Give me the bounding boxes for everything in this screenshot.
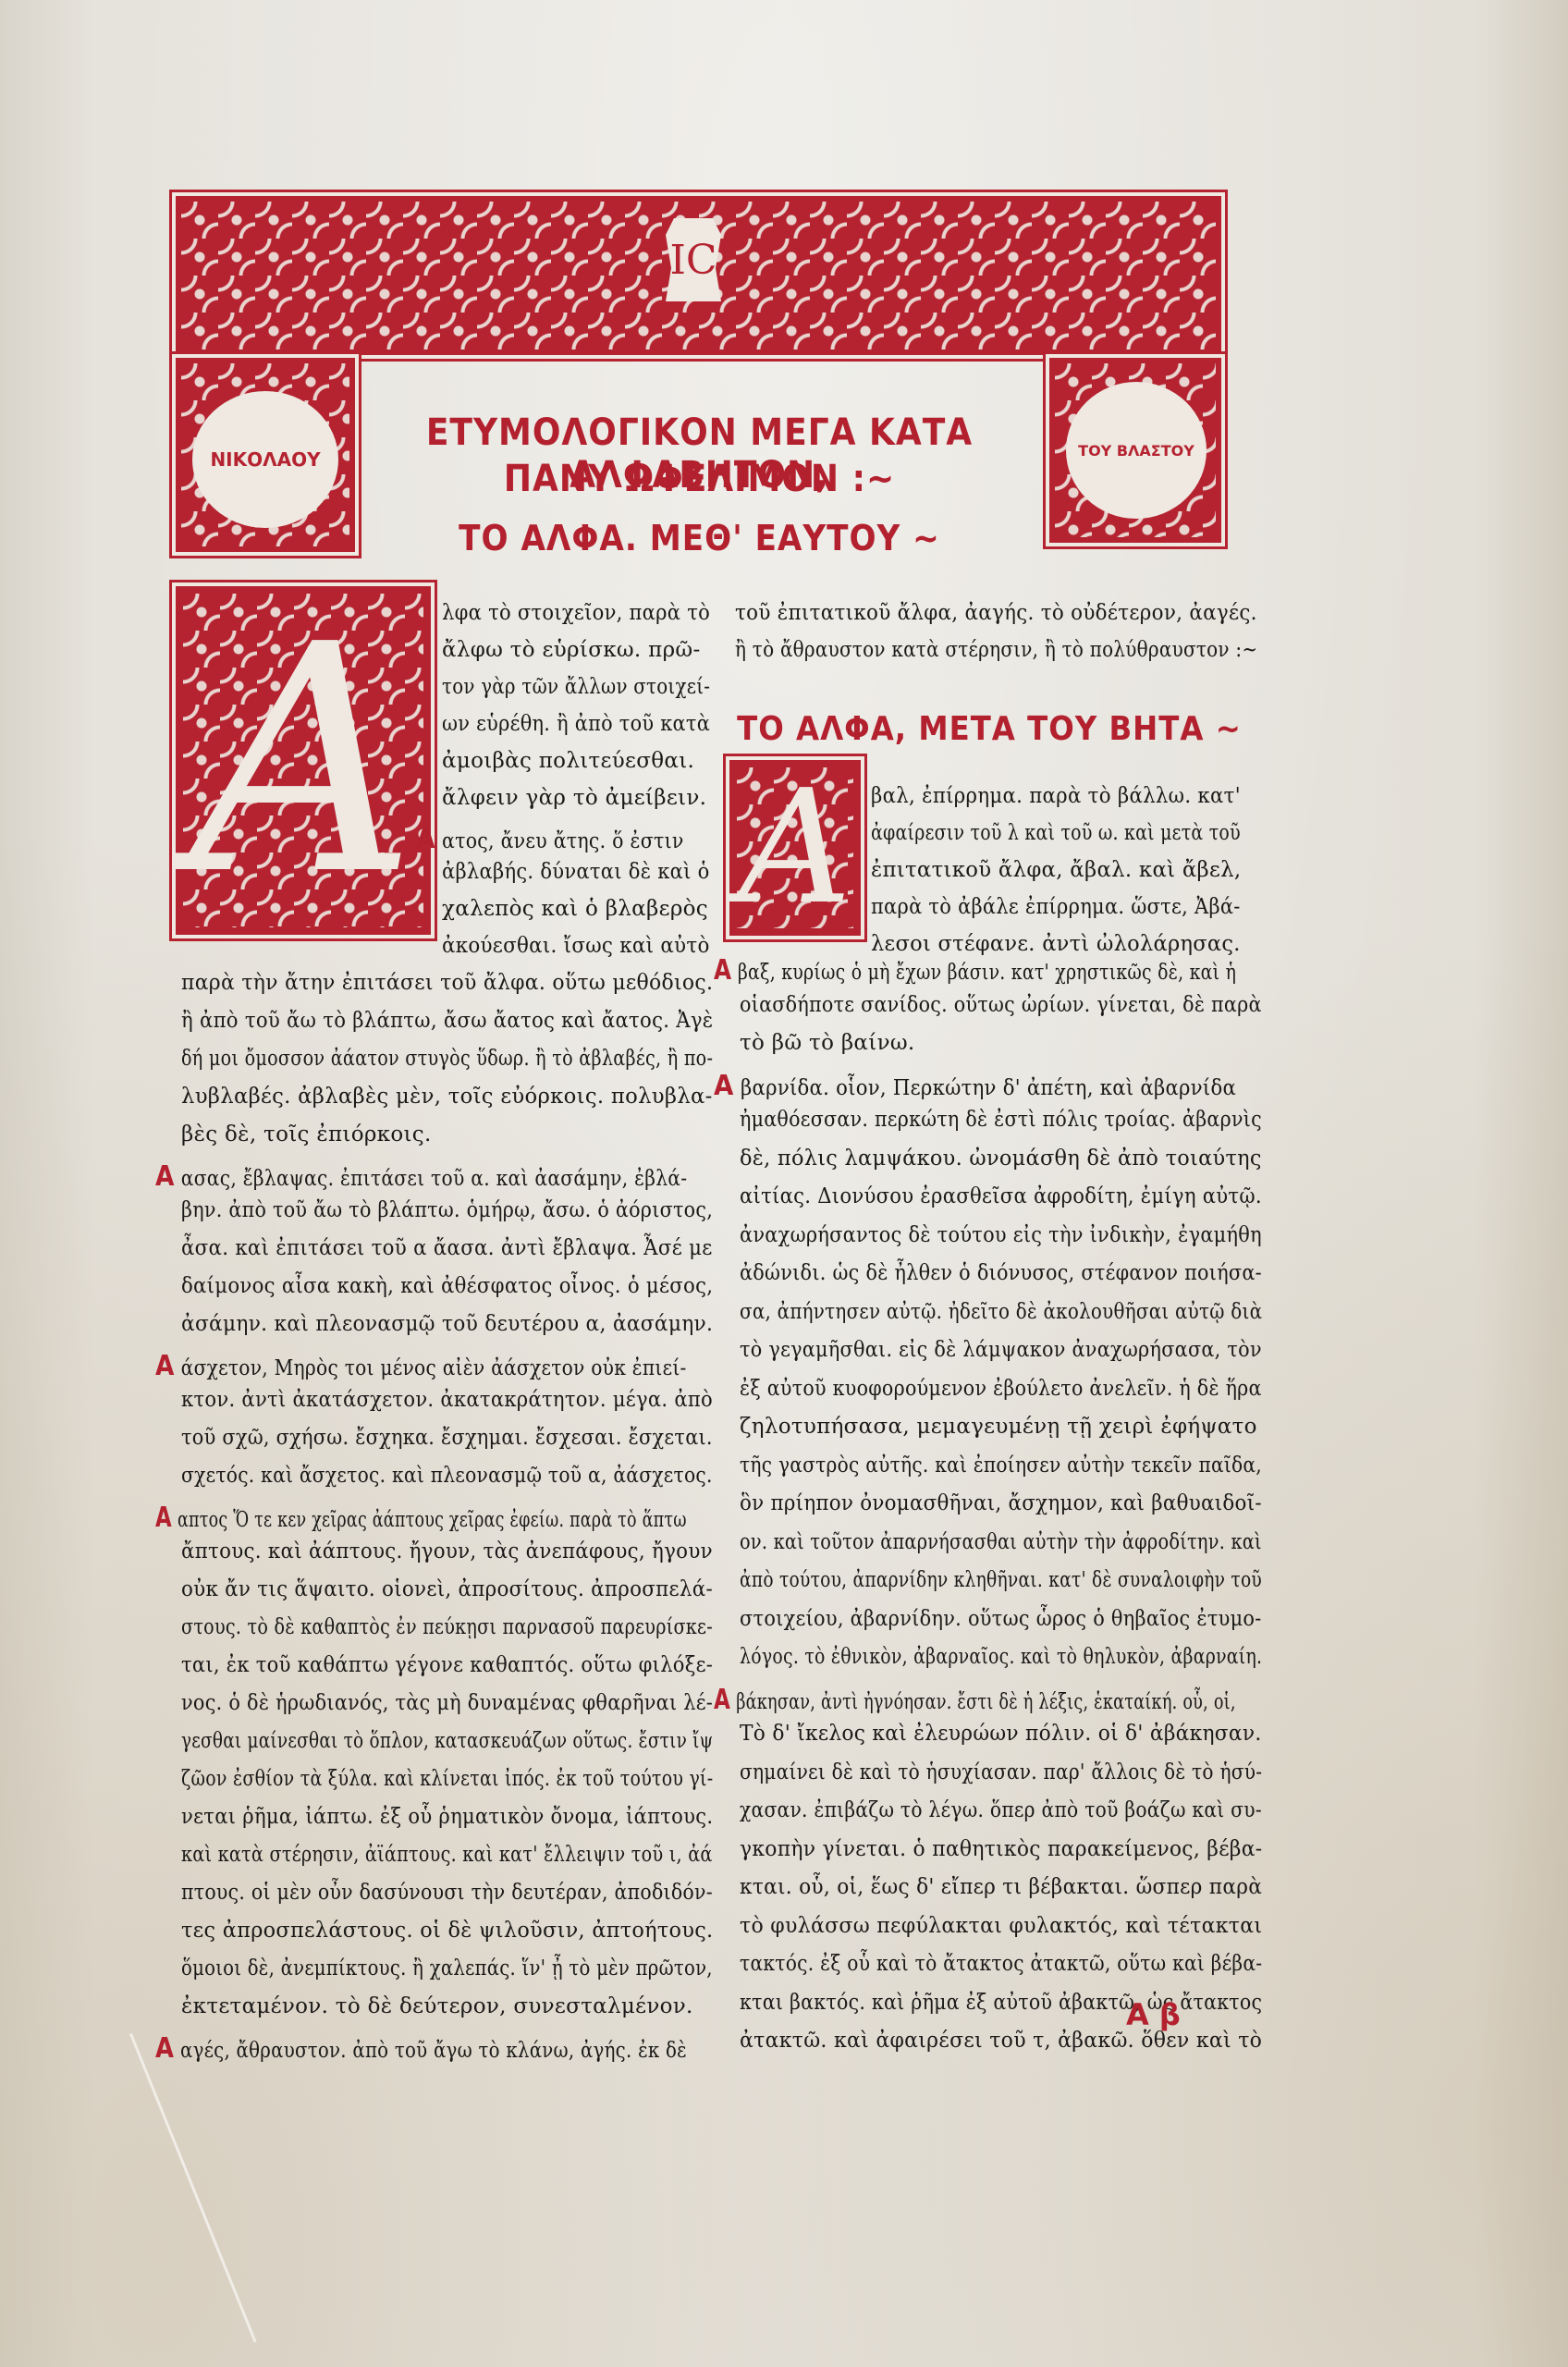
left-column-line: κτον. ἀντὶ ἀκατάσχετον. ἀκατακράτητον. μ… <box>181 1388 713 1412</box>
line-text: λυβλαβές. ἀβλαβὲς μὲν, τοῖς εὐόρκοις. πο… <box>181 1085 713 1109</box>
line-text: βαλ, ἐπίρρημα. παρὰ τὸ βάλλω. κατ' <box>871 784 1241 808</box>
line-text: ατος, ἄνευ ἄτης. ὅ ἐστιν <box>442 829 684 853</box>
line-text: Τὸ δ' ἴκελος καὶ ἐλευρώων πόλιν. οἱ δ' ἀ… <box>740 1722 1262 1746</box>
line-text: βαρνίδα. οἷον, Περκώτην δ' ἀπέτη, καὶ ἀβ… <box>741 1076 1236 1100</box>
right-column-line: ἠμαθόεσσαν. περκώτη δὲ ἐστὶ πόλις τροίας… <box>740 1108 1262 1132</box>
line-text: χαλεπὸς καὶ ὁ βλαβερὸς <box>442 897 708 921</box>
left-column-line: ἄλφειν γὰρ τὸ ἀμείβειν. <box>442 786 706 810</box>
left-column-line: Αασας, ἔβλαψας. ἐπιτάσει τοῦ α. καὶ ἀασά… <box>155 1160 687 1193</box>
right-column-line: Αβαρνίδα. οἷον, Περκώτην δ' ἀπέτη, καὶ ἀ… <box>714 1070 1236 1102</box>
line-text: δὲ, πόλις λαμψάκου. ὠνομάσθη δὲ ἀπὸ τοια… <box>740 1147 1262 1171</box>
right-column-line: ἀπὸ τούτου, ἀπαρνίδην κληθῆναι. κατ' δὲ … <box>740 1568 1262 1592</box>
line-text: στους. τὸ δὲ καθαπτὸς ἐν πεύκῃσι παρνασο… <box>181 1615 713 1639</box>
left-column-line: Ααπτος Ὅ τε κεν χεῖρας ἀάπτους χεῖρας ἐφ… <box>155 1502 687 1534</box>
line-text: ασας, ἔβλαψας. ἐπιτάσει τοῦ α. καὶ ἀασάμ… <box>181 1167 688 1191</box>
left-column-line: πτους. οἱ μὲν οὖν δασύνουσι τὴν δευτέραν… <box>181 1881 713 1905</box>
line-text: ἆσα. καὶ ἐπιτάσει τοῦ α ἄασα. ἀντὶ ἔβλαψ… <box>181 1236 713 1260</box>
right-column-line: βαλ, ἐπίρρημα. παρὰ τὸ βάλλω. κατ' <box>871 784 1241 808</box>
left-column-line: τες ἀπροσπελάστους. οἱ δὲ ψιλοῦσιν, ἀπτο… <box>181 1919 713 1943</box>
left-column-line: ἢ ἀπὸ τοῦ ἄω τὸ βλάπτω, ἄσω ἄατος καὶ ἄα… <box>181 1009 713 1033</box>
line-text: νεται ῥῆμα, ἰάπτω. ἐξ οὗ ῥηματικὸν ὄνομα… <box>181 1805 713 1829</box>
medallion-right: ΤΟΥ ΒΛΑΣΤΟΥ <box>1066 382 1207 519</box>
line-text: αγές, ἄθραυστον. ἀπὸ τοῦ ἄγω τὸ κλάνω, ἀ… <box>180 2039 687 2063</box>
left-column-line: λυβλαβές. ἀβλαβὲς μὲν, τοῖς εὐόρκοις. πο… <box>181 1085 713 1109</box>
right-column-line: Αβάκησαν, ἀντὶ ἠγνόησαν. ἔστι δὲ ἡ λέξις… <box>714 1684 1236 1716</box>
right-column-line: τὸ φυλάσσω πεφύλακται φυλακτός, καὶ τέτα… <box>740 1914 1262 1938</box>
left-column-line: στους. τὸ δὲ καθαπτὸς ἐν πεύκῃσι παρνασο… <box>181 1615 713 1639</box>
left-column-line: ων εὑρέθη. ἢ ἀπὸ τοῦ κατὰ <box>442 712 710 736</box>
book-title-line-2: ΠΑΝΥ ΩΦΕΛΙΜΟΝ :~ <box>356 458 1043 500</box>
line-text: λεσοι στέφανε. ἀντὶ ὠλολάρησας. <box>871 932 1241 956</box>
right-column-line: δὲ, πόλις λαμψάκου. ὠνομάσθη δὲ ἀπὸ τοια… <box>740 1147 1262 1171</box>
line-text: ων εὑρέθη. ἢ ἀπὸ τοῦ κατὰ <box>442 712 710 736</box>
section-heading-alpha-beta: ΤΟ ΑΛΦΑ, ΜΕΤΑ ΤΟΥ ΒΗΤΑ ~ <box>730 710 1248 748</box>
line-text: τὸ βῶ τὸ βαίνω. <box>740 1031 915 1055</box>
christogram-monogram: IC <box>666 218 721 301</box>
line-text: δαίμονος αἶσα κακὴ, καὶ ἀθέσφατος οἶνος.… <box>181 1274 713 1298</box>
right-column-line: λόγος. τὸ ἐθνικὸν, ἀβαρναῖος. καὶ τὸ θηλ… <box>740 1645 1262 1669</box>
line-text: λόγος. τὸ ἐθνικὸν, ἀβαρναῖος. καὶ τὸ θηλ… <box>740 1645 1262 1669</box>
medallion-left: ΝΙΚΟΛΑΟΥ <box>192 391 338 528</box>
right-column-line: λεσοι στέφανε. ἀντὶ ὠλολάρησας. <box>871 932 1241 956</box>
line-text: σχετός. καὶ ἄσχετος. καὶ πλεονασμῷ τοῦ α… <box>181 1464 713 1488</box>
line-text: ὅμοιοι δὲ, ἀνεμπίκτους. ἢ χαλεπάς. ἵν' ᾖ… <box>181 1956 713 1981</box>
right-column-line: Τὸ δ' ἴκελος καὶ ἐλευρώων πόλιν. οἱ δ' ἀ… <box>740 1722 1262 1746</box>
line-text: γεσθαι μαίνεσθαι τὸ ὅπλον, κατασκευάζων … <box>181 1729 713 1753</box>
left-column-line: παρὰ τὴν ἄτην ἐπιτάσει τοῦ ἄλφα. οὕτω με… <box>181 971 713 995</box>
left-column-line: Ααγές, ἄθραυστον. ἀπὸ τοῦ ἄγω τὸ κλάνω, … <box>155 2032 687 2065</box>
line-text: ἀφαίρεσιν τοῦ λ καὶ τοῦ ω. καὶ μετὰ τοῦ <box>871 821 1241 845</box>
left-column-line: ἀσάμην. καὶ πλεονασμῷ τοῦ δευτέρου α, ἀα… <box>181 1312 713 1336</box>
right-column-line: ἀφαίρεσιν τοῦ λ καὶ τοῦ ω. καὶ μετὰ τοῦ <box>871 821 1241 845</box>
signature-mark: Α β <box>1126 1997 1181 2032</box>
line-text: ον. καὶ τοῦτον ἀπαρνήσασθαι αὐτὴν τὴν ἀφ… <box>740 1530 1262 1554</box>
line-text: κτον. ἀντὶ ἀκατάσχετον. ἀκατακράτητον. μ… <box>181 1388 713 1412</box>
line-text: ὃν πρίηπον ὀνομασθῆναι, ἄσχημον, καὶ βαθ… <box>740 1491 1262 1515</box>
right-column-line: κται βακτός. καὶ ῥῆμα ἐξ αὐτοῦ ἀβακτῶ, ὡ… <box>740 1991 1262 2015</box>
ornamental-headpiece-right-pillar: ΤΟΥ ΒΛΑΣΤΟΥ <box>1043 351 1228 549</box>
line-text: ζῶον ἐσθίον τὰ ξύλα. καὶ κλίνεται ἰπός. … <box>181 1767 713 1791</box>
right-column-line: κται. οὗ, οἱ, ἕως δ' εἴπερ τι βέβακται. … <box>740 1875 1262 1899</box>
right-column-line: ἀδώνιδι. ὡς δὲ ἦλθεν ὁ διόνυσος, στέφανο… <box>740 1261 1262 1285</box>
line-text: χασαν. ἐπιβάζω τὸ λέγω. ὅπερ ἀπὸ τοῦ βοά… <box>740 1798 1262 1822</box>
line-text: τακτός. ἐξ οὗ καὶ τὸ ἄτακτος ἀτακτῶ, οὕτ… <box>740 1952 1262 1976</box>
right-column-line: γκοπὴν γίνεται. ὁ παθητικὸς παρακείμενος… <box>740 1837 1262 1861</box>
left-column-line: χαλεπὸς καὶ ὁ βλαβερὸς <box>442 897 708 921</box>
left-column-line: δή μοι ὄμοσσον ἀάατον στυγὸς ὕδωρ. ἢ τὸ … <box>181 1047 713 1071</box>
left-column-line: καὶ κατὰ στέρησιν, ἀϊάπτους. καὶ κατ' ἔλ… <box>181 1843 713 1867</box>
left-column-line: νεται ῥῆμα, ἰάπτω. ἐξ οὗ ῥηματικὸν ὄνομα… <box>181 1805 713 1829</box>
right-column-line: στοιχείου, ἀβαρνίδην. οὕτως ὧρος ὁ θηβαῖ… <box>740 1607 1262 1631</box>
line-text: ἐπιτατικοῦ ἄλφα, ἄβαλ. καὶ ἄβελ, <box>871 858 1241 882</box>
line-text: ἄπτους. καὶ ἀάπτους. ἤγουν, τὰς ἀνεπάφου… <box>181 1539 713 1564</box>
line-text: τοῦ σχῶ, σχήσω. ἔσχηκα. ἔσχημαι. ἔσχεσαι… <box>181 1426 713 1450</box>
right-column-line: Αβαξ, κυρίως ὁ μὴ ἔχων βάσιν. κατ' χρηστ… <box>714 954 1236 987</box>
medallion-left-text: ΝΙΚΟΛΑΟΥ <box>210 448 320 471</box>
red-initial-alpha: Α <box>155 1160 175 1193</box>
line-text: ἐξ αὐτοῦ κυοφορούμενον ἐβούλετο ἀνελεῖν.… <box>740 1377 1262 1401</box>
left-column-line: δαίμονος αἶσα κακὴ, καὶ ἀθέσφατος οἶνος.… <box>181 1274 713 1298</box>
line-text: ἀμοιβὰς πολιτεύεσθαι. <box>442 749 694 773</box>
right-column-line: παρὰ τὸ ἀβάλε ἐπίρρημα. ὥστε, Ἀβά- <box>871 895 1241 919</box>
line-text: σημαίνει δὲ καὶ τὸ ἡσυχίασαν. παρ' ἄλλοι… <box>740 1760 1262 1784</box>
right-column-line: σα, ἀπήντησεν αὐτῷ. ἠδεῖτο δὲ ἀκολουθῆσα… <box>740 1300 1262 1324</box>
left-column-line: Αατος, ἄνευ ἄτης. ὅ ἐστιν <box>416 823 684 855</box>
line-text: ἄλφω τὸ εὑρίσκω. πρῶ- <box>442 638 701 662</box>
line-text: νος. ὁ δὲ ἡρωδιανός, τὰς μὴ δυναμένας φθ… <box>181 1691 713 1715</box>
line-text: ἠμαθόεσσαν. περκώτη δὲ ἐστὶ πόλις τροίας… <box>740 1108 1262 1132</box>
line-text: τὸ γεγαμῆσθαι. εἰς δὲ λάμψακον ἀναχωρήσα… <box>740 1338 1262 1362</box>
left-column-line: ἆσα. καὶ ἐπιτάσει τοῦ α ἄασα. ἀντὶ ἔβλαψ… <box>181 1236 713 1260</box>
monogram-text: IC <box>669 237 717 284</box>
red-initial-alpha: Α <box>155 2032 174 2065</box>
red-initial-alpha: Α <box>714 954 731 987</box>
line-text: κται βακτός. καὶ ῥῆμα ἐξ αὐτοῦ ἀβακτῶ, ὡ… <box>740 1991 1262 2015</box>
line-text: βαξ, κυρίως ὁ μὴ ἔχων βάσιν. κατ' χρηστι… <box>738 961 1236 985</box>
line-text: στοιχείου, ἀβαρνίδην. οὕτως ὧρος ὁ θηβαῖ… <box>740 1607 1262 1631</box>
line-text: ἀκούεσθαι. ἴσως καὶ αὐτὸ <box>442 934 710 958</box>
dropcap-letter: Α <box>726 756 864 939</box>
left-column-line: βην. ἀπὸ τοῦ ἄω τὸ βλάπτω. ὁμήρῳ, ἄσω. ὁ… <box>181 1198 713 1222</box>
right-column-line: ἀναχωρήσαντος δὲ τούτου εἰς τὴν ἰνδικὴν,… <box>740 1223 1262 1247</box>
line-text: ἄλφειν γὰρ τὸ ἀμείβειν. <box>442 786 706 810</box>
line-text: παρὰ τὸ ἀβάλε ἐπίρρημα. ὥστε, Ἀβά- <box>871 895 1241 919</box>
line-text: ἀτακτῶ. καὶ ἀφαιρέσει τοῦ τ, ἀβακῶ. ὅθεν… <box>740 2029 1262 2053</box>
line-text: βὲς δὲ, τοῖς ἐπιόρκοις. <box>181 1122 432 1147</box>
right-column-line: ἐξ αὐτοῦ κυοφορούμενον ἐβούλετο ἀνελεῖν.… <box>740 1377 1262 1401</box>
line-text: ἐκτεταμένον. τὸ δὲ δεύτερον, συνεσταλμέν… <box>181 1994 693 2018</box>
right-column-line: τακτός. ἐξ οὗ καὶ τὸ ἄτακτος ἀτακτῶ, οὕτ… <box>740 1952 1262 1976</box>
line-text: άσχετον, Μηρὸς τοι μένος αἰὲν ἀάσχετον ο… <box>181 1356 687 1380</box>
line-text: σα, ἀπήντησεν αὐτῷ. ἠδεῖτο δὲ ἀκολουθῆσα… <box>740 1300 1262 1324</box>
red-initial-alpha: Α <box>155 1350 175 1382</box>
left-column-line: ἀβλαβής. δύναται δὲ καὶ ὁ <box>442 860 710 884</box>
line-text: απτος Ὅ τε κεν χεῖρας ἀάπτους χεῖρας ἐφε… <box>178 1508 687 1532</box>
line-text: τὸ φυλάσσω πεφύλακται φυλακτός, καὶ τέτα… <box>740 1914 1262 1938</box>
line-text: οὐκ ἄν τις ἅψαιτο. οἱονεὶ, ἀπροσίτους. ἀ… <box>181 1577 713 1601</box>
ornamental-headpiece-left-pillar: ΝΙΚΟΛΑΟΥ <box>169 351 361 558</box>
right-column-line: ον. καὶ τοῦτον ἀπαρνήσασθαι αὐτὴν τὴν ἀφ… <box>740 1530 1262 1554</box>
line-text: βάκησαν, ἀντὶ ἠγνόησαν. ἔστι δὲ ἡ λέξις,… <box>736 1690 1235 1714</box>
red-initial-alpha: Α <box>714 1684 730 1716</box>
dropcap-alpha-small: Α <box>723 754 867 942</box>
line-text: τοῦ ἐπιτατικοῦ ἄλφα, ἀαγής. τὸ οὐδέτερον… <box>735 601 1257 625</box>
line-text: δή μοι ὄμοσσον ἀάατον στυγὸς ὕδωρ. ἢ τὸ … <box>181 1047 713 1071</box>
left-column-line: νος. ὁ δὲ ἡρωδιανός, τὰς μὴ δυναμένας φθ… <box>181 1691 713 1715</box>
dropcap-alpha-large: Α <box>169 580 437 941</box>
right-column-line: αἰτίας. Διονύσου ἐρασθεῖσα ἀφροδίτη, ἐμί… <box>740 1184 1262 1208</box>
right-column-line: χασαν. ἐπιβάζω τὸ λέγω. ὅπερ ἀπὸ τοῦ βοά… <box>740 1798 1262 1822</box>
left-column-line: ἐκτεταμένον. τὸ δὲ δεύτερον, συνεσταλμέν… <box>181 1994 693 2018</box>
red-initial-alpha: Α <box>155 1502 172 1534</box>
left-column-line: ἀμοιβὰς πολιτεύεσθαι. <box>442 749 694 773</box>
section-heading-alpha-alone: ΤΟ ΑΛΦΑ. ΜΕΘ' ΕΑΥΤΟΥ ~ <box>356 518 1043 558</box>
line-text: καὶ κατὰ στέρησιν, ἀϊάπτους. καὶ κατ' ἔλ… <box>181 1843 713 1867</box>
left-column-line: ἄλφω τὸ εὑρίσκω. πρῶ- <box>442 638 701 662</box>
line-text: αἰτίας. Διονύσου ἐρασθεῖσα ἀφροδίτη, ἐμί… <box>740 1184 1262 1208</box>
right-column-line: τὸ γεγαμῆσθαι. εἰς δὲ λάμψακον ἀναχωρήσα… <box>740 1338 1262 1362</box>
red-initial-alpha: Α <box>416 823 435 855</box>
line-text: γκοπὴν γίνεται. ὁ παθητικὸς παρακείμενος… <box>740 1837 1262 1861</box>
left-column-line: λφα τὸ στοιχεῖον, παρὰ τὸ <box>442 601 710 625</box>
left-column-line: ζῶον ἐσθίον τὰ ξύλα. καὶ κλίνεται ἰπός. … <box>181 1767 713 1791</box>
line-text: παρὰ τὴν ἄτην ἐπιτάσει τοῦ ἄλφα. οὕτω με… <box>181 971 713 995</box>
line-text: ζηλοτυπήσασα, μεμαγευμένῃ τῇ χειρὶ ἐφήψα… <box>740 1415 1257 1439</box>
left-column-line: βὲς δὲ, τοῖς ἐπιόρκοις. <box>181 1122 432 1147</box>
left-column-line: ται, ἐκ τοῦ καθάπτω γέγονε καθαπτός. οὕτ… <box>181 1653 713 1677</box>
dropcap-letter: Α <box>172 583 435 938</box>
right-column-line: ἐπιτατικοῦ ἄλφα, ἄβαλ. καὶ ἄβελ, <box>871 858 1241 882</box>
left-column-line: σχετός. καὶ ἄσχετος. καὶ πλεονασμῷ τοῦ α… <box>181 1464 713 1488</box>
left-column-line: τον γὰρ τῶν ἄλλων στοιχεί- <box>442 675 710 699</box>
line-text: κται. οὗ, οἱ, ἕως δ' εἴπερ τι βέβακται. … <box>740 1875 1262 1899</box>
line-text: ται, ἐκ τοῦ καθάπτω γέγονε καθαπτός. οὕτ… <box>181 1653 713 1677</box>
right-column-line: σημαίνει δὲ καὶ τὸ ἡσυχίασαν. παρ' ἄλλοι… <box>740 1760 1262 1784</box>
line-text: τες ἀπροσπελάστους. οἱ δὲ ψιλοῦσιν, ἀπτο… <box>181 1919 713 1943</box>
line-text: ἀναχωρήσαντος δὲ τούτου εἰς τὴν ἰνδικὴν,… <box>740 1223 1262 1247</box>
left-column-line: γεσθαι μαίνεσθαι τὸ ὅπλον, κατασκευάζων … <box>181 1729 713 1753</box>
line-text: ἀσάμην. καὶ πλεονασμῷ τοῦ δευτέρου α, ἀα… <box>181 1312 713 1336</box>
right-column-line: ἢ τὸ ἄθραυστον κατὰ στέρησιν, ἢ τὸ πολύθ… <box>735 638 1257 662</box>
line-text: οἱασδήποτε σανίδος. οὕτως ὠρίων. γίνεται… <box>740 993 1262 1017</box>
left-column-line: ἀκούεσθαι. ἴσως καὶ αὐτὸ <box>442 934 710 958</box>
line-text: ἢ ἀπὸ τοῦ ἄω τὸ βλάπτω, ἄσω ἄατος καὶ ἄα… <box>181 1009 713 1033</box>
right-column-line: τῆς γαστρὸς αὐτῆς. καὶ ἐποίησεν αὐτὴν τε… <box>740 1453 1262 1478</box>
right-column-line: οἱασδήποτε σανίδος. οὕτως ὠρίων. γίνεται… <box>740 993 1262 1017</box>
right-column-line: ὃν πρίηπον ὀνομασθῆναι, ἄσχημον, καὶ βαθ… <box>740 1491 1262 1515</box>
line-text: ἀδώνιδι. ὡς δὲ ἦλθεν ὁ διόνυσος, στέφανο… <box>740 1261 1262 1285</box>
medallion-right-text: ΤΟΥ ΒΛΑΣΤΟΥ <box>1078 442 1194 460</box>
left-column-line: οὐκ ἄν τις ἅψαιτο. οἱονεὶ, ἀπροσίτους. ἀ… <box>181 1577 713 1601</box>
line-text: ἀπὸ τούτου, ἀπαρνίδην κληθῆναι. κατ' δὲ … <box>740 1568 1262 1592</box>
line-text: λφα τὸ στοιχεῖον, παρὰ τὸ <box>442 601 710 625</box>
left-column-line: ἄπτους. καὶ ἀάπτους. ἤγουν, τὰς ἀνεπάφου… <box>181 1539 713 1564</box>
left-column-line: τοῦ σχῶ, σχήσω. ἔσχηκα. ἔσχημαι. ἔσχεσαι… <box>181 1426 713 1450</box>
line-text: πτους. οἱ μὲν οὖν δασύνουσι τὴν δευτέραν… <box>181 1881 713 1905</box>
line-text: τῆς γαστρὸς αὐτῆς. καὶ ἐποίησεν αὐτὴν τε… <box>740 1453 1262 1478</box>
left-column-line: Αάσχετον, Μηρὸς τοι μένος αἰὲν ἀάσχετον … <box>155 1350 687 1382</box>
line-text: βην. ἀπὸ τοῦ ἄω τὸ βλάπτω. ὁμήρῳ, ἄσω. ὁ… <box>181 1198 713 1222</box>
line-text: τον γὰρ τῶν ἄλλων στοιχεί- <box>442 675 710 699</box>
red-initial-alpha: Α <box>714 1070 734 1102</box>
left-column-line: ὅμοιοι δὲ, ἀνεμπίκτους. ἢ χαλεπάς. ἵν' ᾖ… <box>181 1956 713 1981</box>
right-column-line: ἀτακτῶ. καὶ ἀφαιρέσει τοῦ τ, ἀβακῶ. ὅθεν… <box>740 2029 1262 2053</box>
right-column-line: τοῦ ἐπιτατικοῦ ἄλφα, ἀαγής. τὸ οὐδέτερον… <box>735 601 1257 625</box>
line-text: ἢ τὸ ἄθραυστον κατὰ στέρησιν, ἢ τὸ πολύθ… <box>735 638 1257 662</box>
right-column-line: τὸ βῶ τὸ βαίνω. <box>740 1031 915 1055</box>
right-column-line: ζηλοτυπήσασα, μεμαγευμένῃ τῇ χειρὶ ἐφήψα… <box>740 1415 1257 1439</box>
line-text: ἀβλαβής. δύναται δὲ καὶ ὁ <box>442 860 710 884</box>
